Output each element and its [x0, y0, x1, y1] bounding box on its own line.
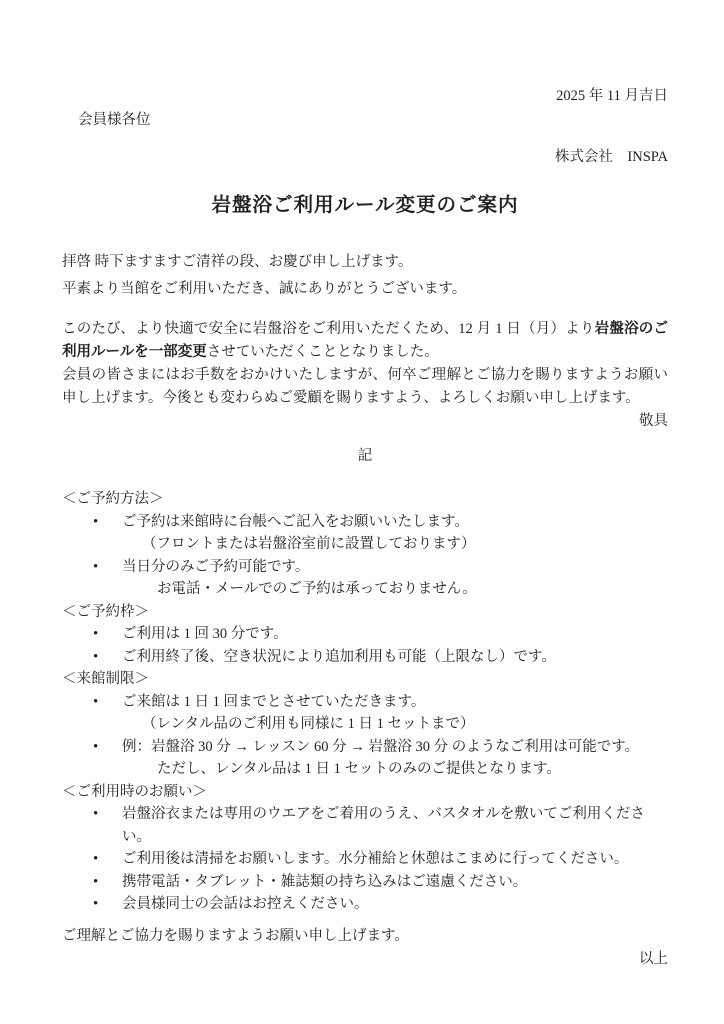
bullet-item: ご予約は来館時に台帳へご記入をお願いいたします。 — [62, 511, 668, 534]
bullet-item: 当日分のみご予約可能です。 — [62, 556, 668, 579]
company-name: 株式会社 INSPA — [62, 147, 668, 167]
bullet-item: ご利用後は清掃をお願いします。水分補給と休憩はこまめに行ってください。 — [62, 848, 668, 871]
bullet-item: ご利用は 1 回 30 分です。 — [62, 623, 668, 646]
greeting-paragraph: 拝啓 時下ますますご清祥の段、お慶び申し上げます。 平素より当館をご利用いただき… — [62, 249, 668, 303]
bullet-item: 例：岩盤浴 30 分 → レッスン 60 分 → 岩盤浴 30 分 のようなご利… — [62, 736, 668, 759]
document-page: 2025 年 11 月吉日 会員様各位 株式会社 INSPA 岩盤浴ご利用ルール… — [0, 0, 724, 1024]
section-heading-usage-requests: ＜ご利用時のお願い＞ — [62, 781, 668, 804]
bullet-item: 携帯電話・タブレット・雑誌類の持ち込みはご遠慮ください。 — [62, 871, 668, 894]
date-line: 2025 年 11 月吉日 — [62, 0, 668, 106]
bullet-item: 会員様同士の会話はお控えください。 — [62, 893, 668, 916]
bullet-item: 岩盤浴衣または専用のウエアをご着用のうえ、バスタオルを敷いてご利用ください。 — [62, 803, 668, 848]
closing-word: 敬具 — [62, 410, 668, 433]
bullet-item: ご来館は 1 日 1 回までとさせていただきます。 — [62, 691, 668, 714]
bullet-item: ご利用終了後、空き状況により追加利用も可能（上限なし）です。 — [62, 646, 668, 669]
announcement-pre: このたび、より快適で安全に岩盤浴をご利用いただくため、12 月 1 日（月）より — [62, 321, 595, 337]
sub-item: （フロントまたは岩盤浴室前に設置しております） — [62, 533, 668, 556]
section-heading-reservation-method: ＜ご予約方法＞ — [62, 488, 668, 511]
document-title: 岩盤浴ご利用ルール変更のご案内 — [62, 193, 668, 219]
recipient: 会員様各位 — [62, 110, 668, 130]
closing-request: ご理解とご協力を賜りますようお願い申し上げます。 — [62, 925, 668, 948]
sub-item: ただし、レンタル品は 1 日 1 セットのみのご提供となります。 — [62, 758, 668, 781]
announcement-paragraph: このたび、より快適で安全に岩盤浴をご利用いただくため、12 月 1 日（月）より… — [62, 318, 668, 364]
record-mark: 記 — [62, 445, 668, 468]
end-mark: 以上 — [62, 948, 668, 971]
request-paragraph: 会員の皆さまにはお手数をおかけいたしますが、何卒ご理解とご協力を賜りますようお願… — [62, 364, 668, 410]
rules-list: ＜ご予約方法＞ ご予約は来館時に台帳へご記入をお願いいたします。 （フロントまた… — [62, 488, 668, 916]
section-heading-reservation-slot: ＜ご予約枠＞ — [62, 601, 668, 624]
greeting-line-2: 平素より当館をご利用いただき、誠にありがとうございます。 — [62, 281, 466, 297]
sub-item: （レンタル品のご利用も同様に 1 日 1 セットまで） — [62, 713, 668, 736]
sub-item: お電話・メールでのご予約は承っておりません。 — [62, 578, 668, 601]
announcement-post: させていただくこととなりました。 — [207, 344, 439, 360]
greeting-line-1: 拝啓 時下ますますご清祥の段、お慶び申し上げます。 — [62, 254, 412, 270]
section-heading-visit-limit: ＜来館制限＞ — [62, 668, 668, 691]
